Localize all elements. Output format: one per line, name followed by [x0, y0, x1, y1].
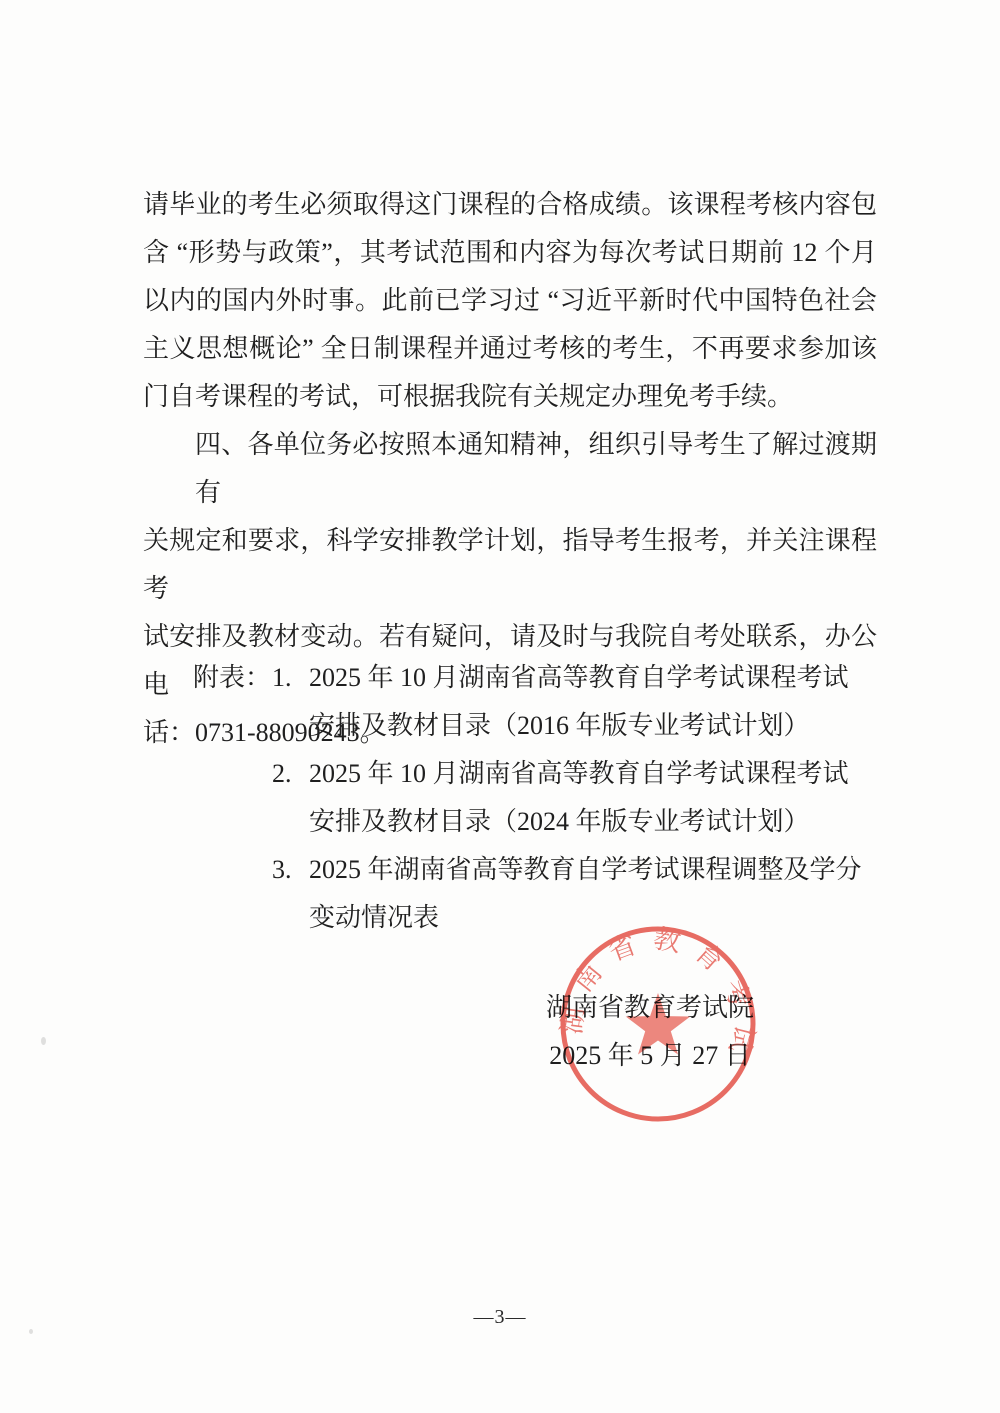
attachment-item-line: 安排及教材目录（2024 年版专业考试计划） — [309, 798, 849, 846]
attachments-list: 1. 2025 年 10 月湖南省高等教育自学考试课程考试 安排及教材目录（20… — [272, 654, 862, 942]
signature-date: 2025 年 5 月 27 日 — [470, 1032, 830, 1080]
attachment-item-number: 3. — [272, 846, 309, 894]
attachment-item: 1. 2025 年 10 月湖南省高等教育自学考试课程考试 安排及教材目录（20… — [272, 654, 862, 750]
page-number: —3— — [0, 1306, 1000, 1329]
scan-speck — [29, 1329, 33, 1334]
paragraph-line: 门自考课程的考试，可根据我院有关规定办理免考手续。 — [143, 373, 877, 421]
attachment-item-number: 2. — [272, 750, 309, 798]
signature-org: 湖南省教育考试院 — [470, 984, 830, 1032]
attachment-item-line: 2025 年 10 月湖南省高等教育自学考试课程考试 — [309, 654, 849, 702]
attachment-item-line: 安排及教材目录（2016 年版专业考试计划） — [309, 702, 849, 750]
attachment-item-line: 2025 年湖南省高等教育自学考试课程调整及学分 — [309, 846, 862, 894]
signature-block: 湖南省教育考试院 2025 年 5 月 27 日 — [470, 984, 830, 1080]
attachments-section: 附表： 1. 2025 年 10 月湖南省高等教育自学考试课程考试 安排及教材目… — [193, 654, 862, 942]
paragraph-line: 请毕业的考生必须取得这门课程的合格成绩。该课程考核内容包 — [143, 181, 877, 229]
paragraph-line: 主义思想概论” 全日制课程并通过考核的考生，不再要求参加该 — [143, 325, 877, 373]
document-page: 请毕业的考生必须取得这门课程的合格成绩。该课程考核内容包 含 “形势与政策”，其… — [0, 0, 1000, 1413]
paragraph-line: 以内的国内外时事。此前已学习过 “习近平新时代中国特色社会 — [143, 277, 877, 325]
attachment-item-line: 2025 年 10 月湖南省高等教育自学考试课程考试 — [309, 750, 849, 798]
attachment-item: 3. 2025 年湖南省高等教育自学考试课程调整及学分 变动情况表 — [272, 846, 862, 942]
paragraph-line: 四、各单位务必按照本通知精神，组织引导考生了解过渡期有 — [143, 421, 877, 517]
scan-speck — [41, 1037, 46, 1045]
paragraph-1: 请毕业的考生必须取得这门课程的合格成绩。该课程考核内容包 含 “形势与政策”，其… — [143, 181, 877, 421]
paragraph-line: 关规定和要求，科学安排教学计划，指导考生报考，并关注课程考 — [143, 517, 877, 613]
attachments-label: 附表： — [193, 654, 272, 702]
attachment-item-number: 1. — [272, 654, 309, 702]
paragraph-line: 含 “形势与政策”，其考试范围和内容为每次考试日期前 12 个月 — [143, 229, 877, 277]
attachment-item: 2. 2025 年 10 月湖南省高等教育自学考试课程考试 安排及教材目录（20… — [272, 750, 862, 846]
attachment-item-line: 变动情况表 — [309, 894, 862, 942]
